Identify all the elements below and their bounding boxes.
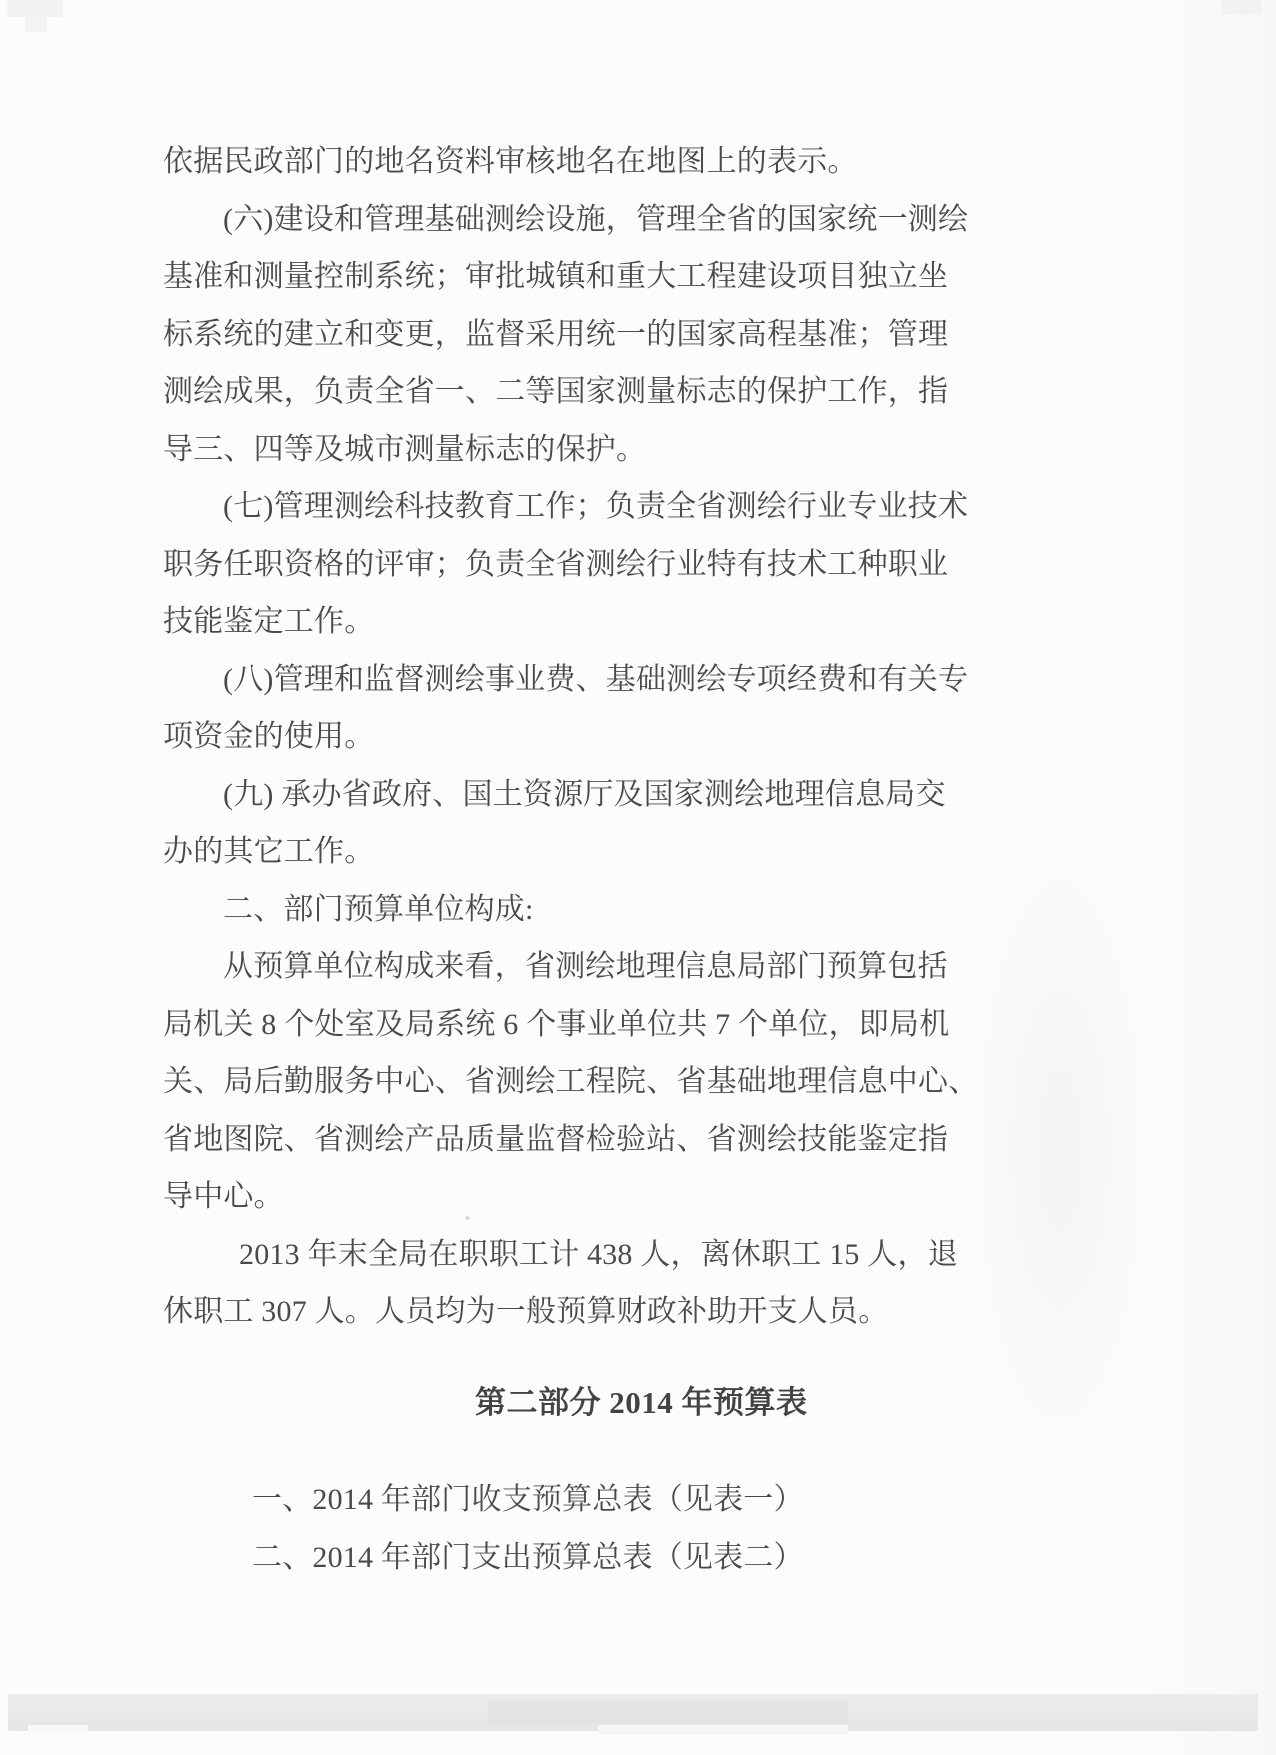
body-line: 局机关 8 个处室及局系统 6 个事业单位共 7 个单位，即局机: [163, 996, 973, 1054]
body-line: 休职工 307 人。人员均为一般预算财政补助开支人员。: [163, 1283, 973, 1341]
body-line: (八)管理和监督测绘事业费、基础测绘专项经费和有关专: [163, 651, 973, 709]
scan-band-shadow: [488, 1700, 848, 1724]
scanned-document-page: 依据民政部门的地名资料审核地名在地图上的表示。 (六)建设和管理基础测绘设施，管…: [0, 0, 1276, 1755]
table-list-item: 一、2014 年部门收支预算总表（见表一）: [163, 1471, 973, 1529]
body-line: 二、部门预算单位构成:: [163, 881, 973, 939]
scan-shading-blob: [960, 820, 1160, 1480]
body-line: 基准和测量控制系统；审批城镇和重大工程建设项目独立坐: [163, 248, 973, 306]
section-heading: 第二部分 2014 年预算表: [163, 1374, 973, 1432]
table-list-item: 二、2014 年部门支出预算总表（见表二）: [163, 1529, 973, 1587]
body-line: 关、局后勤服务中心、省测绘工程院、省基础地理信息中心、: [163, 1053, 973, 1111]
body-line: 导三、四等及城市测量标志的保护。: [163, 421, 973, 479]
body-line: 省地图院、省测绘产品质量监督检验站、省测绘技能鉴定指: [163, 1111, 973, 1169]
body-line: 项资金的使用。: [163, 708, 973, 766]
scan-artifact-top-left: [7, 0, 63, 17]
paragraph-gap: [163, 1431, 973, 1471]
body-line: (九) 承办省政府、国土资源厅及国家测绘地理信息局交: [163, 766, 973, 824]
body-line: (七)管理测绘科技教育工作；负责全省测绘行业专业技术: [163, 478, 973, 536]
body-line: 测绘成果，负责全省一、二等国家测量标志的保护工作，指: [163, 363, 973, 421]
document-body: 依据民政部门的地名资料审核地名在地图上的表示。 (六)建设和管理基础测绘设施，管…: [163, 133, 973, 1586]
body-line: 职务任职资格的评审；负责全省测绘行业特有技术工种职业: [163, 536, 973, 594]
body-line: 技能鉴定工作。: [163, 593, 973, 651]
body-line: 依据民政部门的地名资料审核地名在地图上的表示。: [163, 133, 973, 191]
body-line: 导中心。: [163, 1168, 973, 1226]
scan-shading-right-edge: [1136, 0, 1276, 1755]
body-line: 从预算单位构成来看，省测绘地理信息局部门预算包括: [163, 938, 973, 996]
scan-band-highlight: [28, 1725, 88, 1733]
paragraph-gap: [163, 1341, 973, 1374]
body-line: 标系统的建立和变更，监督采用统一的国家高程基准；管理: [163, 306, 973, 364]
scan-artifact-bottom-band: [8, 1694, 1258, 1731]
scan-band-highlight: [598, 1725, 848, 1734]
body-line: 2013 年末全局在职职工计 438 人，离休职工 15 人，退: [163, 1226, 973, 1284]
body-line: (六)建设和管理基础测绘设施，管理全省的国家统一测绘: [163, 191, 973, 249]
body-line: 办的其它工作。: [163, 823, 973, 881]
